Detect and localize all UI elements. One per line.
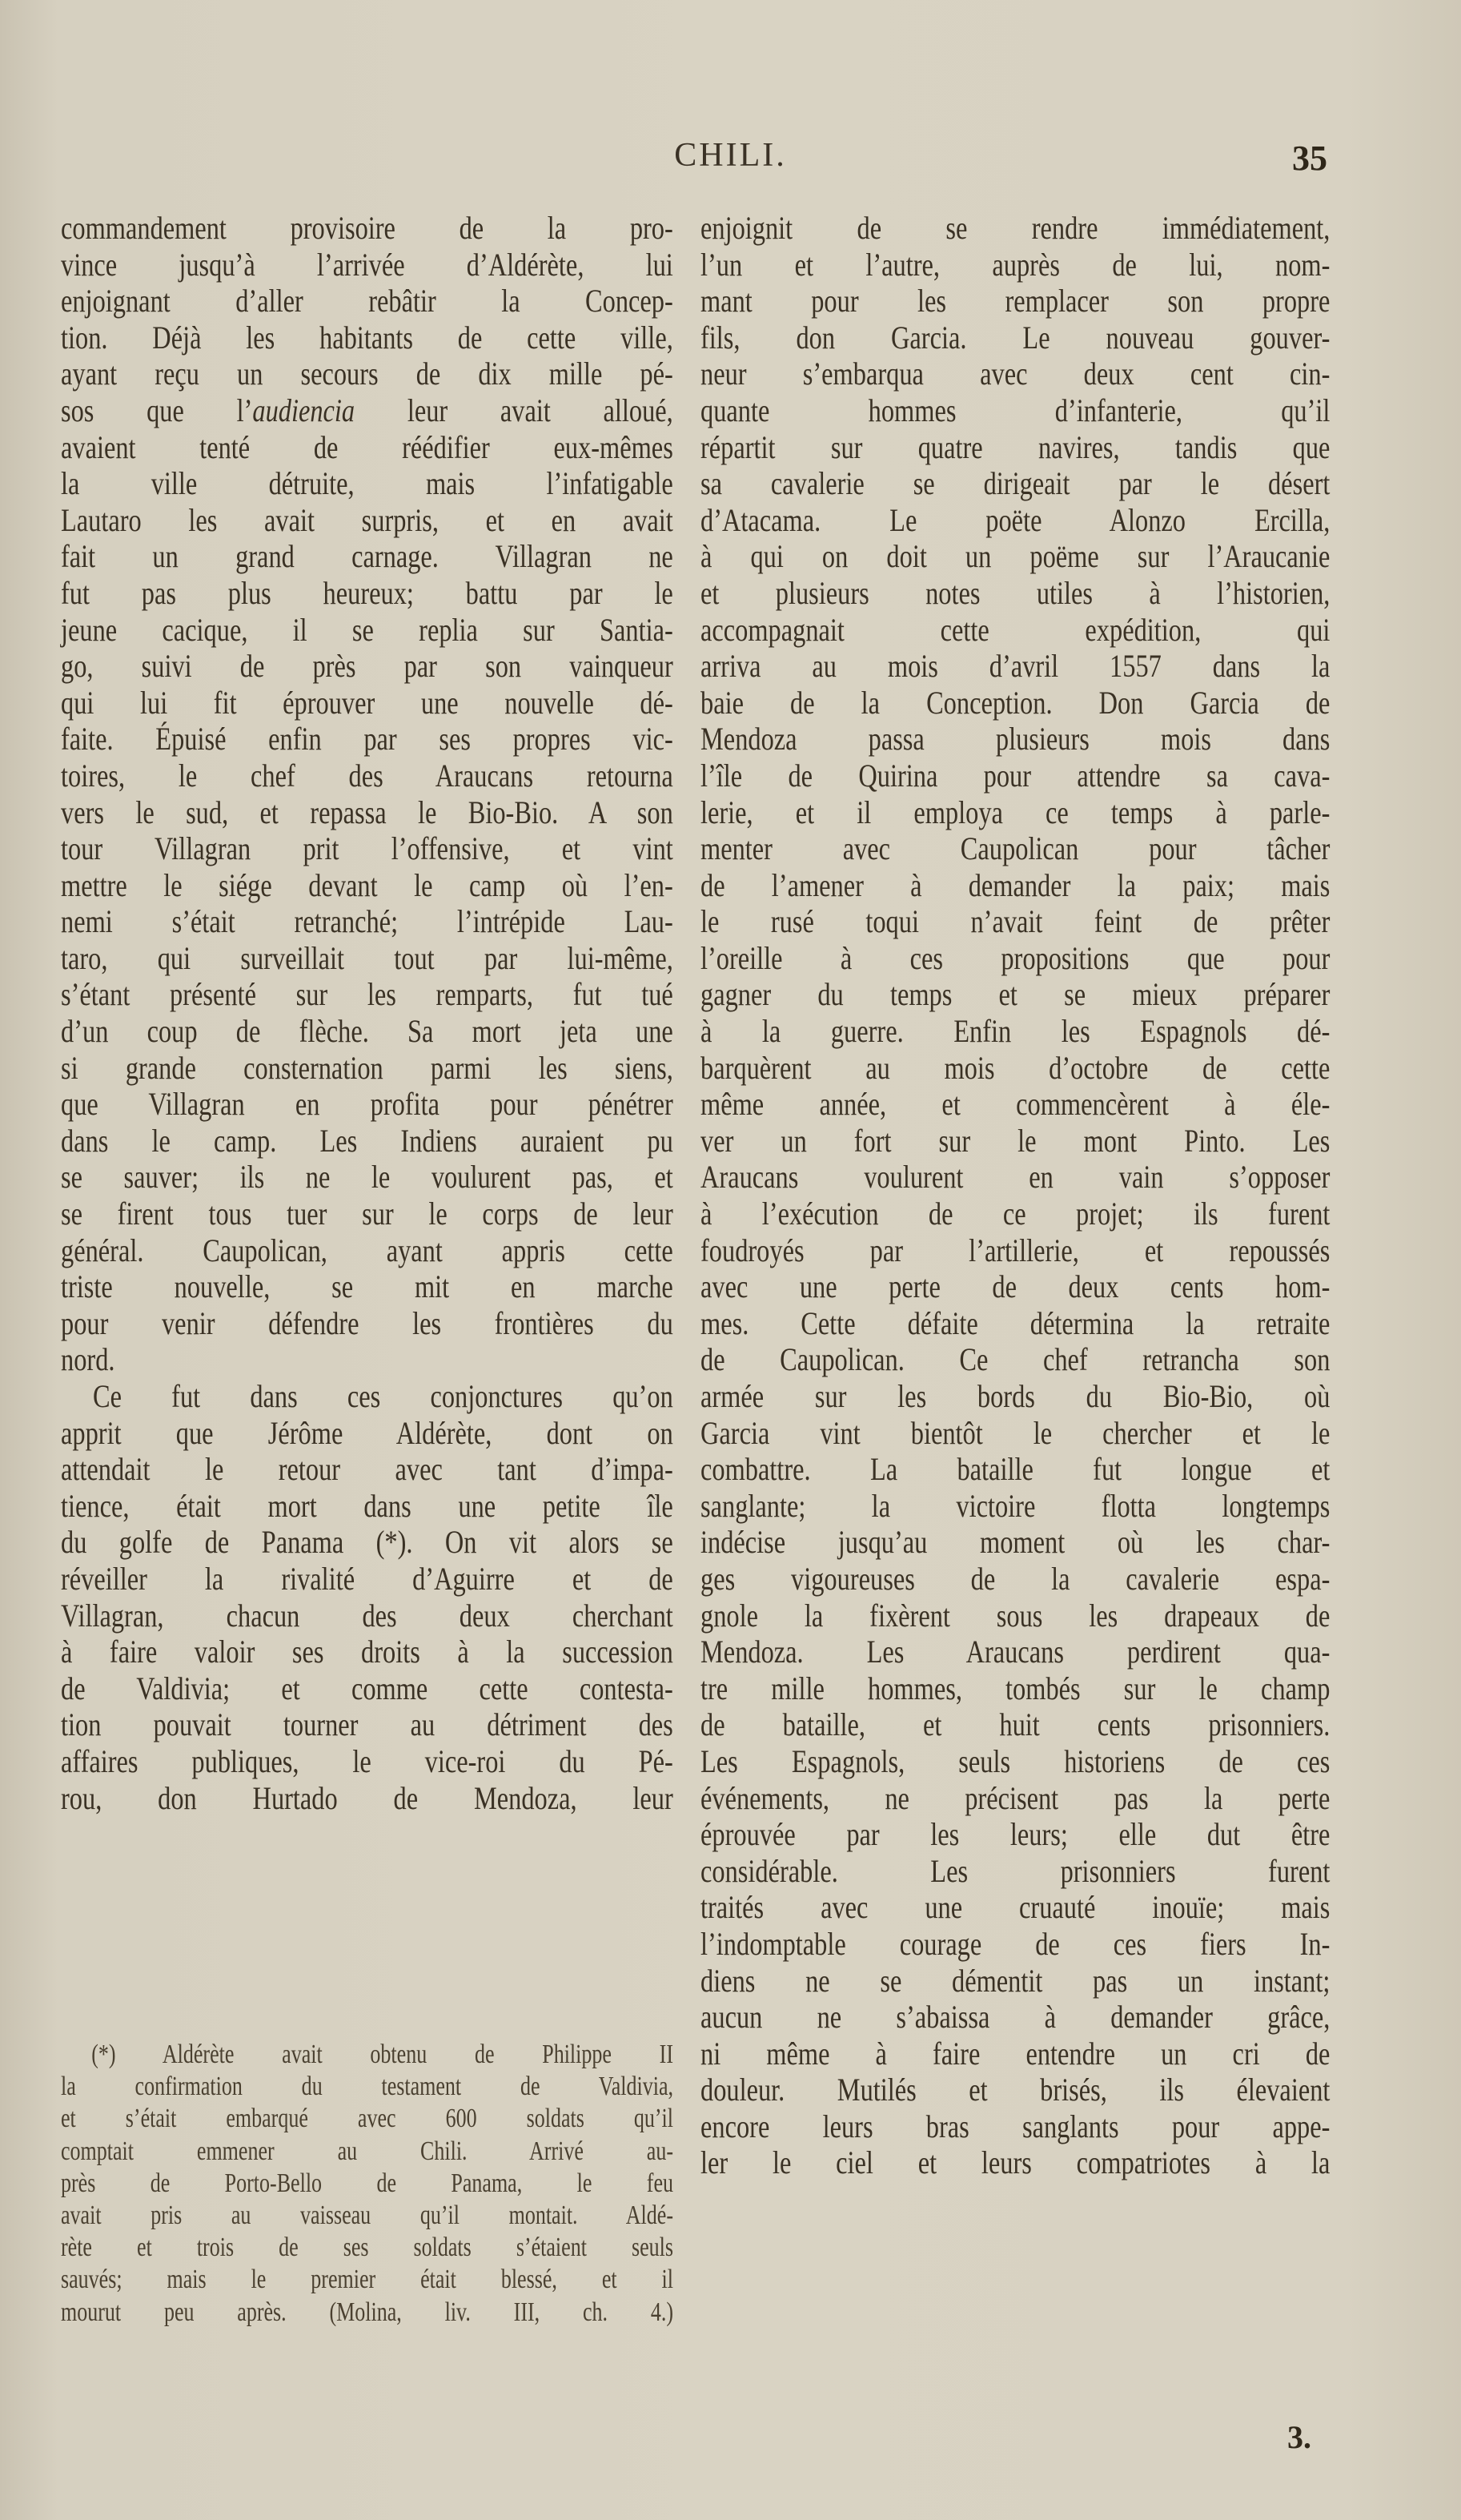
text-line: Garcia vint bientôt le chercher et le: [700, 1415, 1330, 1452]
text-line: avait pris au vaisseau qu’il montait. Al…: [61, 2200, 673, 2232]
text-line: ayant reçu un secours de dix mille pé-: [61, 356, 673, 392]
text-line: considérable. Les prisonniers furent: [700, 1853, 1330, 1890]
text-line: armée sur les bords du Bio-Bio, où: [700, 1378, 1330, 1415]
text-line: fils, don Garcia. Le nouveau gouver-: [700, 320, 1330, 356]
text-line: du golfe de Panama (*). On vit alors se: [61, 1524, 673, 1561]
text-line: Villagran, chacun des deux cherchant: [61, 1598, 673, 1634]
italic-term: audiencia: [252, 392, 355, 428]
text-line: Mendoza passa plusieurs mois dans: [700, 721, 1330, 758]
text-line: de bataille, et huit cents prisonniers.: [700, 1706, 1330, 1743]
text-line: se firent tous tuer sur le corps de leur: [61, 1196, 673, 1232]
text-line: gagner du temps et se mieux préparer: [700, 976, 1330, 1013]
text-line: près de Porto-Bello de Panama, le feu: [61, 2168, 673, 2200]
text-line: comptait emmener au Chili. Arrivé au-: [61, 2136, 673, 2168]
text-line: de Valdivia; et comme cette contesta-: [61, 1670, 673, 1707]
text-line: neur s’embarqua avec deux cent cin-: [700, 356, 1330, 392]
text-line: taro, qui surveillait tout par lui-même,: [61, 940, 673, 977]
text-line: Mendoza. Les Araucans perdirent qua-: [700, 1634, 1330, 1670]
text-line: apprit que Jérôme Aldérète, dont on: [61, 1415, 673, 1452]
text-line: de l’amener à demander la paix; mais: [700, 867, 1330, 904]
right-column: enjoignit de se rendre immédiatement,l’u…: [700, 210, 1330, 2181]
text-line: tre mille hommes, tombés sur le champ: [700, 1670, 1330, 1707]
text-line: éprouvée par les leurs; elle dut être: [700, 1816, 1330, 1853]
text-line: go, suivi de près par son vainqueur: [61, 648, 673, 685]
text-line: diens ne se démentit pas un instant;: [700, 1963, 1330, 2000]
text-line: Lautaro les avait surpris, et en avait: [61, 502, 673, 539]
text-line: réveiller la rivalité d’Aguirre et de: [61, 1561, 673, 1598]
text-line: d’un coup de flèche. Sa mort jeta une: [61, 1013, 673, 1050]
text-line: sa cavalerie se dirigeait par le désert: [700, 465, 1330, 502]
text-line: avaient tenté de réédifier eux-mêmes: [61, 429, 673, 466]
text-line: ges vigoureuses de la cavalerie espa-: [700, 1561, 1330, 1598]
text-line: et plusieurs notes utiles à l’historien,: [700, 575, 1330, 612]
paragraph-start-line: Ce fut dans ces conjonctures qu’on: [61, 1378, 673, 1415]
text-line: la ville détruite, mais l’infatigable: [61, 465, 673, 502]
text-line: l’un et l’autre, auprès de lui, nom-: [700, 247, 1330, 283]
text-line: répartit sur quatre navires, tandis que: [700, 429, 1330, 466]
text-line: affaires publiques, le vice-roi du Pé-: [61, 1743, 673, 1780]
text-line: fait un grand carnage. Villagran ne: [61, 538, 673, 575]
text-line: à la guerre. Enfin les Espagnols dé-: [700, 1013, 1330, 1050]
text-line: indécise jusqu’au moment où les char-: [700, 1524, 1330, 1561]
text-line: faite. Épuisé enfin par ses propres vic-: [61, 721, 673, 758]
text-line: enjoignant d’aller rebâtir la Concep-: [61, 283, 673, 320]
text-line: encore leurs bras sanglants pour appe-: [700, 2108, 1330, 2145]
text-line: la confirmation du testament de Valdivia…: [61, 2071, 673, 2103]
text-line: dans le camp. Les Indiens auraient pu: [61, 1123, 673, 1160]
page-number: 35: [1292, 138, 1327, 179]
text-line: à faire valoir ses droits à la successio…: [61, 1634, 673, 1670]
text-line: l’oreille à ces propositions que pour: [700, 940, 1330, 977]
text-line: mes. Cette défaite détermina la retraite: [700, 1305, 1330, 1342]
text-line: nord.: [61, 1341, 673, 1378]
text-line: à qui on doit un poëme sur l’Araucanie: [700, 538, 1330, 575]
text-line: même année, et commencèrent à éle-: [700, 1086, 1330, 1123]
running-head: CHILI.: [0, 136, 1461, 175]
text-line: Araucans voulurent en vain s’opposer: [700, 1159, 1330, 1196]
text-line: qui lui fit éprouver une nouvelle dé-: [61, 685, 673, 721]
text-line: foudroyés par l’artillerie, et repoussés: [700, 1232, 1330, 1269]
text-line: mourut peu après. (Molina, liv. III, ch.…: [61, 2297, 673, 2329]
text-line: tour Villagran prit l’offensive, et vint: [61, 830, 673, 867]
text-line: rou, don Hurtado de Mendoza, leur: [61, 1780, 673, 1817]
signature-mark: 3.: [1287, 2418, 1311, 2456]
text-line: triste nouvelle, se mit en marche: [61, 1268, 673, 1305]
text-line: l’île de Quirina pour attendre sa cava-: [700, 758, 1330, 794]
text-line: s’étant présenté sur les remparts, fut t…: [61, 976, 673, 1013]
text-line: Les Espagnols, seuls historiens de ces: [700, 1743, 1330, 1780]
text-line: à l’exécution de ce projet; ils furent: [700, 1196, 1330, 1232]
text-line: le rusé toqui n’avait feint de prêter: [700, 903, 1330, 940]
text-line: commandement provisoire de la pro-: [61, 210, 673, 247]
text-line: l’indomptable courage de ces fiers In-: [700, 1926, 1330, 1963]
text-line: toires, le chef des Araucans retourna: [61, 758, 673, 794]
text-line: (*) Aldérète avait obtenu de Philippe II: [61, 2039, 673, 2071]
text-line: enjoignit de se rendre immédiatement,: [700, 210, 1330, 247]
text-line: douleur. Mutilés et brisés, ils élevaien…: [700, 2072, 1330, 2108]
text-line: rète et trois de ses soldats s’étaient s…: [61, 2232, 673, 2264]
text-line: attendait le retour avec tant d’impa-: [61, 1451, 673, 1488]
text-line: ler le ciel et leurs compatriotes à la: [700, 2144, 1330, 2181]
text-line: ni même à faire entendre un cri de: [700, 2036, 1330, 2072]
text-line: général. Caupolican, ayant appris cette: [61, 1232, 673, 1269]
text-line: de Caupolican. Ce chef retrancha son: [700, 1341, 1330, 1378]
text-line: vince jusqu’à l’arrivée d’Aldérète, lui: [61, 247, 673, 283]
left-column: commandement provisoire de la pro- vince…: [61, 210, 673, 1816]
text-line: barquèrent au mois d’octobre de cette: [700, 1050, 1330, 1087]
text-line: tience, était mort dans une petite île: [61, 1488, 673, 1525]
text-line: nemi s’était retranché; l’intrépide Lau-: [61, 903, 673, 940]
text-line: mettre le siége devant le camp où l’en-: [61, 867, 673, 904]
text-line: accompagnait cette expédition, qui: [700, 612, 1330, 649]
text-line: combattre. La bataille fut longue et: [700, 1451, 1330, 1488]
text-line: que Villagran en profita pour pénétrer: [61, 1086, 673, 1123]
text-line: si grande consternation parmi les siens,: [61, 1050, 673, 1087]
text-line: lerie, et il employa ce temps à parle-: [700, 794, 1330, 831]
text-line: ver un fort sur le mont Pinto. Les: [700, 1123, 1330, 1160]
text-line: traités avec une cruauté inouïe; mais: [700, 1889, 1330, 1926]
text-line-with-italic: sos que l’audiencia leur avait alloué,: [61, 392, 673, 429]
footnote: (*) Aldérète avait obtenu de Philippe II…: [61, 2039, 673, 2329]
text-line: vers le sud, et repassa le Bio-Bio. A so…: [61, 794, 673, 831]
text-line: tion. Déjà les habitants de cette ville,: [61, 320, 673, 356]
text-line: pour venir défendre les frontières du: [61, 1305, 673, 1342]
text-line: sanglante; la victoire flotta longtemps: [700, 1488, 1330, 1525]
text-line: arriva au mois d’avril 1557 dans la: [700, 648, 1330, 685]
text-line: avec une perte de deux cents hom-: [700, 1268, 1330, 1305]
text-line: baie de la Conception. Don Garcia de: [700, 685, 1330, 721]
text-line: gnole la fixèrent sous les drapeaux de: [700, 1598, 1330, 1634]
text-line: sauvés; mais le premier était blessé, et…: [61, 2264, 673, 2296]
text-line: et s’était embarqué avec 600 soldats qu’…: [61, 2103, 673, 2135]
text-line: aucun ne s’abaissa à demander grâce,: [700, 1999, 1330, 2036]
text-line: tion pouvait tourner au détriment des: [61, 1706, 673, 1743]
text-line: menter avec Caupolican pour tâcher: [700, 830, 1330, 867]
text-line: événements, ne précisent pas la perte: [700, 1780, 1330, 1817]
text-line: jeune cacique, il se replia sur Santia-: [61, 612, 673, 649]
text-line: fut pas plus heureux; battu par le: [61, 575, 673, 612]
text-line: quante hommes d’infanterie, qu’il: [700, 392, 1330, 429]
text-line: se sauver; ils ne le voulurent pas, et: [61, 1159, 673, 1196]
text-line: d’Atacama. Le poëte Alonzo Ercilla,: [700, 502, 1330, 539]
text-line: mant pour les remplacer son propre: [700, 283, 1330, 320]
